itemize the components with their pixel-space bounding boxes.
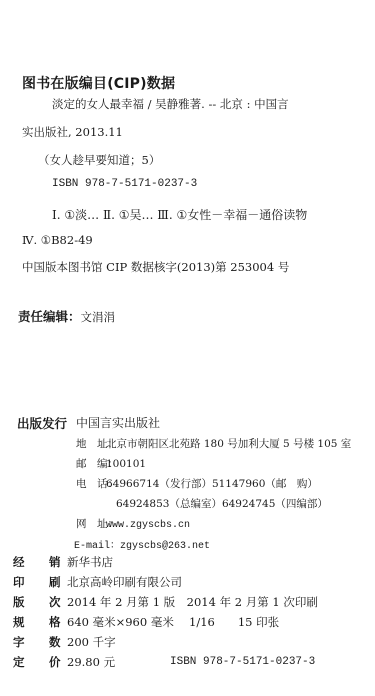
spec-key-1: 规 [13,614,49,630]
editor-label: 责任编辑： [18,309,81,324]
publisher-email: E-mail：zgyscbs@263.net [74,536,210,552]
email-value[interactable]: zgyscbs@263.net [120,541,210,552]
email-key: E-mail： [74,541,120,552]
publisher-address: 地 址：北京市朝阳区北苑路 180 号加利大厦 5 号楼 105 室 [76,436,351,451]
phone-value-1: 64966714（发行部）51147960（邮 购） [106,478,318,490]
phone-value-2: 64924853（总编室）64924745（四编部） [116,496,328,511]
publisher-name: 中国言实出版社 [76,414,160,431]
spec-row-price: 定价29.80 元 [13,654,115,670]
spec-value: 640 毫米×960 毫米 1/16 15 印张 [67,615,279,629]
spec-key-1: 经 [13,554,49,570]
spec-value: 2014 年 2 月第 1 版 2014 年 2 月第 1 次印刷 [67,595,318,609]
cip-number: 中国版本图书馆 CIP 数据核字(2013)第 253004 号 [22,259,289,275]
address-key: 地 址： [76,436,106,451]
spec-key-1: 印 [13,574,49,590]
spec-key-2: 价 [49,654,67,670]
editor-name: 文涓涓 [81,310,116,324]
footer-isbn: ISBN 978-7-5171-0237-3 [170,656,315,668]
spec-value: 200 千字 [67,635,116,649]
spec-row-printer: 印刷北京高岭印刷有限公司 [13,574,182,590]
spec-key-2: 销 [49,554,67,570]
spec-value: 29.80 元 [67,655,115,669]
postcode-value: 100101 [106,458,146,470]
spec-key-2: 格 [49,614,67,630]
spec-key-2: 刷 [49,574,67,590]
website-key: 网 址： [76,516,106,531]
spec-value: 新华书店 [67,555,113,569]
cip-classification-2: Ⅳ. ①B82-49 [22,233,93,247]
cip-classification-1: Ⅰ. ①淡… Ⅱ. ①吴… Ⅲ. ①女性－幸福－通俗读物 [52,206,307,223]
postcode-key: 邮 编： [76,456,106,471]
spec-key-2: 数 [49,634,67,650]
spec-key-1: 字 [13,634,49,650]
website-value[interactable]: www.zgyscbs.cn [106,520,190,531]
spec-row-format: 规格640 毫米×960 毫米 1/16 15 印张 [13,614,279,630]
spec-key-1: 定 [13,654,49,670]
cip-series: （女人趁早要知道；5） [38,152,160,168]
publisher-website: 网 址：www.zgyscbs.cn [76,516,190,531]
spec-key-2: 次 [49,594,67,610]
spec-row-word-count: 字数200 千字 [13,634,116,650]
publisher-postcode: 邮 编：100101 [76,456,146,471]
cip-isbn: ISBN 978-7-5171-0237-3 [52,178,197,190]
publisher-phone: 电 话：64966714（发行部）51147960（邮 购） [76,476,318,491]
cip-line-2: 实出版社, 2013.11 [22,124,123,140]
spec-key-1: 版 [13,594,49,610]
spec-row-distributor: 经销新华书店 [13,554,113,570]
editor-line: 责任编辑：文涓涓 [18,306,115,325]
publisher-label: 出版发行 [17,414,67,432]
cip-line-1: 淡定的女人最幸福 / 吴静雅著. -- 北京 : 中国言 [52,96,289,112]
cip-title: 图书在版编目(CIP)数据 [22,73,175,93]
spec-row-edition: 版次2014 年 2 月第 1 版 2014 年 2 月第 1 次印刷 [13,594,318,610]
phone-key: 电 话： [76,476,106,491]
address-value: 北京市朝阳区北苑路 180 号加利大厦 5 号楼 105 室 [106,438,351,450]
spec-value: 北京高岭印刷有限公司 [67,575,182,589]
